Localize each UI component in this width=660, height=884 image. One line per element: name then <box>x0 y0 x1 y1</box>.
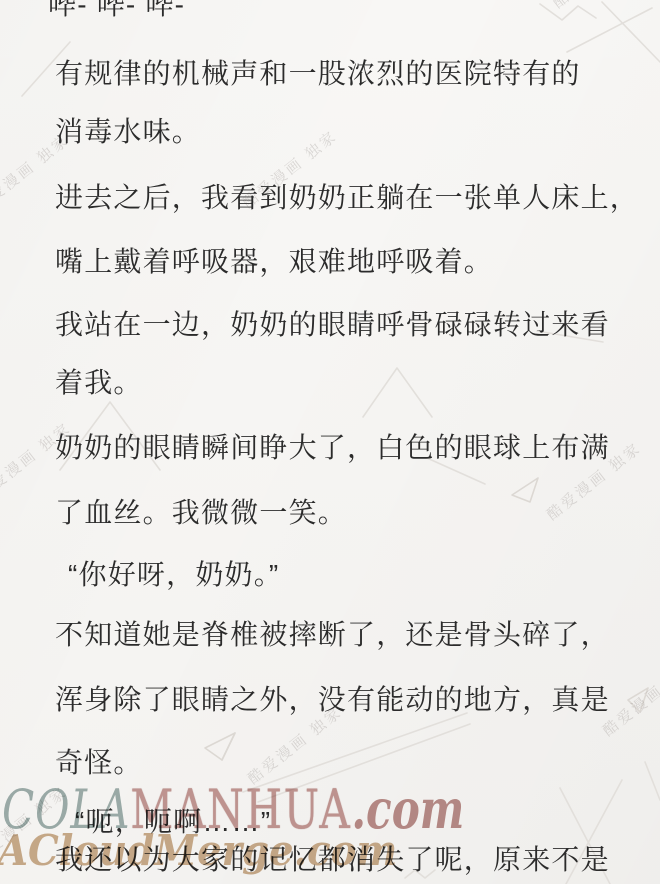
text-line: 有规律的机械声和一股浓烈的医院特有的 <box>55 52 581 92</box>
text-line: 进去之后，我看到奶奶正躺在一张单人床上， <box>55 176 639 216</box>
novel-reader-page: 酷爱漫画 独家 酷爱漫画 独家 酷爱漫画 独家 酷爱漫画 独家 酷爱漫画 独家 … <box>0 0 660 884</box>
text-line: 我站在一边，奶奶的眼睛呼骨碌碌转过来看 <box>55 303 610 343</box>
text-line-dialogue: “你好呀，奶奶。” <box>68 553 279 593</box>
text-line: 浑身除了眼睛之外，没有能动的地方，真是 <box>55 678 610 718</box>
text-line: 了血丝。我微微一笑。 <box>55 491 347 531</box>
text-line: 不知道她是脊椎被摔断了，还是骨头碎了， <box>55 613 610 653</box>
text-line: 奶奶的眼睛瞬间睁大了，白色的眼球上布满 <box>55 426 610 466</box>
acloudmerge-watermark: ACloudMerge.com <box>0 830 397 872</box>
text-line-beeping-sfx: 哔- 哔- 哔- <box>48 0 185 23</box>
text-line: 嘴上戴着呼吸器，艰难地呼吸着。 <box>55 240 493 280</box>
triangle-mark <box>512 478 538 502</box>
text-line: 着我。 <box>55 361 143 401</box>
text-line: 奇怪。 <box>55 741 143 781</box>
paper-plane-mark <box>205 733 235 760</box>
text-line: 消毒水味。 <box>55 110 201 150</box>
